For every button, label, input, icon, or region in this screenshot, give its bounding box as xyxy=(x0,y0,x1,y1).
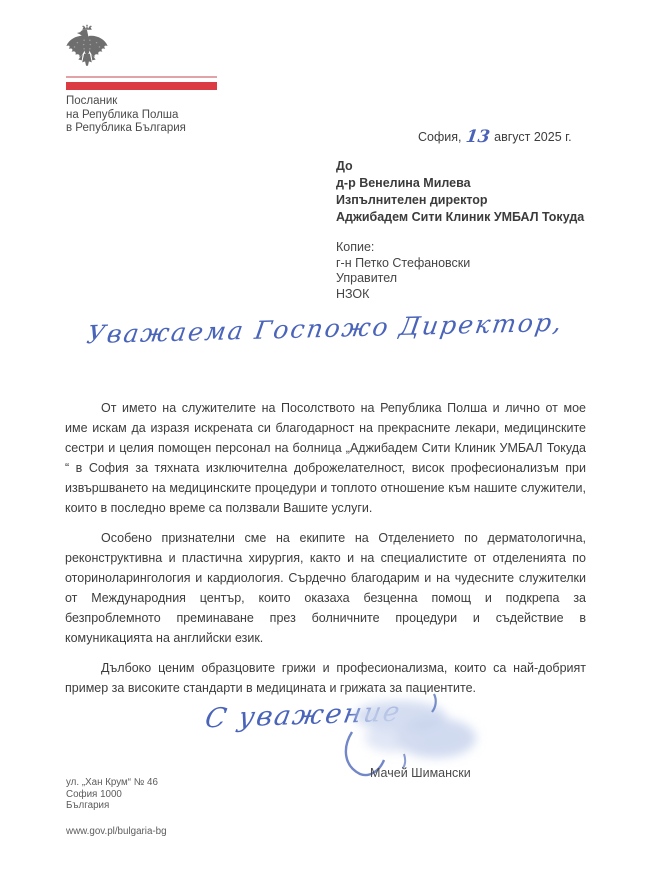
handwritten-day: 13 xyxy=(465,127,491,147)
handwritten-salutation: Уважаема Госпожо Директор, xyxy=(85,308,566,349)
footer-website: www.gov.pl/bulgaria-bg xyxy=(66,826,167,837)
addressee-block: До д-р Венелина Милева Изпълнителен дире… xyxy=(336,158,584,226)
polish-eagle-emblem xyxy=(63,24,111,69)
copy-line: г-н Петко Стефановски xyxy=(336,256,470,272)
sender-title-line: на Република Полша xyxy=(66,109,186,123)
flag-red-stripe xyxy=(66,82,217,90)
signatory-name: Мачей Шимански xyxy=(370,766,471,780)
date-city: София, xyxy=(418,130,462,144)
date-line: София, 13 август 2025 г. xyxy=(418,126,572,146)
footer-address-line: България xyxy=(66,800,158,812)
addressee-line: д-р Венелина Милева xyxy=(336,175,584,192)
date-rest: август 2025 г. xyxy=(494,130,572,144)
footer-address-line: ул. „Хан Крум“ № 46 xyxy=(66,777,158,789)
copy-block: Копие: г-н Петко Стефановски Управител Н… xyxy=(336,240,470,302)
letter-body: От името на служителите на Посолството н… xyxy=(65,398,586,708)
footer-address: ул. „Хан Крум“ № 46 София 1000 България xyxy=(66,777,158,812)
flag-white-stripe-line xyxy=(66,76,217,78)
addressee-line: Изпълнителен директор xyxy=(336,192,584,209)
sender-title-line: Посланик xyxy=(66,95,186,109)
copy-line: Управител xyxy=(336,271,470,287)
letter-page: Посланик на Република Полша в Република … xyxy=(0,0,649,878)
addressee-line: До xyxy=(336,158,584,175)
body-paragraph: От името на служителите на Посолството н… xyxy=(65,398,586,518)
sender-title-block: Посланик на Република Полша в Република … xyxy=(66,95,186,136)
copy-line: НЗОК xyxy=(336,287,470,303)
sender-title-line: в Република България xyxy=(66,122,186,136)
footer-address-line: София 1000 xyxy=(66,789,158,801)
copy-line: Копие: xyxy=(336,240,470,256)
addressee-line: Аджибадем Сити Клиник УМБАЛ Токуда xyxy=(336,209,584,226)
body-paragraph: Дълбоко ценим образцовите грижи и профес… xyxy=(65,658,586,698)
body-paragraph: Особено признателни сме на екипите на От… xyxy=(65,528,586,648)
